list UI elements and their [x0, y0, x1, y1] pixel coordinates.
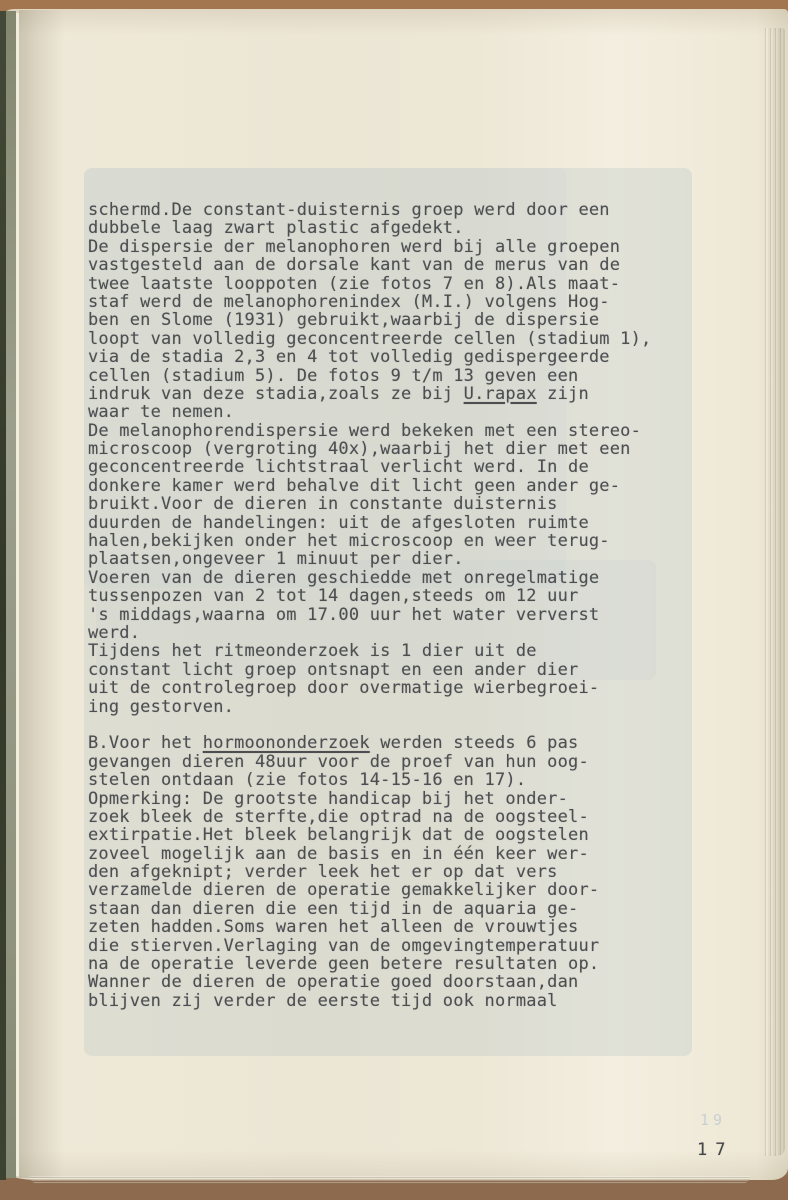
text-line: geconcentreerde lichtstraal verlicht wer… [88, 458, 674, 476]
text-line: vastgesteld aan de dorsale kant van de m… [88, 256, 674, 274]
text-line: ben en Slome (1931) gebruikt,waarbij de … [88, 311, 674, 329]
text-line: uit de controlegroep door overmatige wie… [88, 679, 674, 697]
text-line: B.Voor het hormoononderzoek werden steed… [88, 734, 674, 752]
faint-stamp-number: 19 [700, 1111, 726, 1129]
text-line: twee laatste looppoten (zie fotos 7 en 8… [88, 275, 674, 293]
text-line: verzamelde dieren de operatie gemakkelij… [88, 881, 674, 899]
text-line: De dispersie der melanophoren werd bij a… [88, 238, 674, 256]
text-line: waar te nemen. [88, 403, 674, 421]
text-line: die stierven.Verlaging van de omgevingte… [88, 937, 674, 955]
text-line: den afgeknipt; verder leek het er op dat… [88, 863, 674, 881]
page-stack-edge-right [763, 28, 785, 1156]
text-line: Voeren van de dieren geschiedde met onre… [88, 569, 674, 587]
text-line: staan dan dieren die een tijd in de aqua… [88, 900, 674, 918]
page-number: 17 [697, 1140, 733, 1160]
page-stack-edge-bottom [30, 1176, 750, 1184]
text-line: tussenpozen van 2 tot 14 dagen,steeds om… [88, 587, 674, 605]
text-line: plaatsen,ongeveer 1 minuut per dier. [88, 550, 674, 568]
text-line: via de stadia 2,3 en 4 tot volledig gedi… [88, 348, 674, 366]
text-line: loopt van volledig geconcentreerde celle… [88, 330, 674, 348]
text-line: zoek bleek de sterfte,die optrad na de o… [88, 808, 674, 826]
text-line: zeten hadden.Soms waren het alleen de vr… [88, 918, 674, 936]
text-line: extirpatie.Het bleek belangrijk dat de o… [88, 826, 674, 844]
typed-text: schermd.De constant-duisternis groep wer… [88, 201, 674, 1010]
text-line: dubbele laag zwart plastic afgedekt. [88, 219, 674, 237]
text-line: cellen (stadium 5). De fotos 9 t/m 13 ge… [88, 367, 674, 385]
scanned-book-photo: { "page": { "page_number": "17", "faint_… [0, 0, 788, 1200]
text-line: werd. [88, 624, 674, 642]
spine-highlight-line [16, 13, 19, 1176]
text-line: De melanophorendispersie werd bekeken me… [88, 422, 674, 440]
text-line: stelen ontdaan (zie fotos 14-15-16 en 17… [88, 771, 674, 789]
text-line: ing gestorven. [88, 698, 674, 716]
text-line: schermd.De constant-duisternis groep wer… [88, 201, 674, 219]
text-line: gevangen dieren 48uur voor de proef van … [88, 753, 674, 771]
text-line: Tijdens het ritmeonderzoek is 1 dier uit… [88, 642, 674, 660]
book-spine-strip [6, 11, 16, 1178]
text-line: Wanner de dieren de operatie goed doorst… [88, 973, 674, 991]
text-line: bruikt.Voor de dieren in constante duist… [88, 495, 674, 513]
text-line: microscoop (vergroting 40x),waarbij het … [88, 440, 674, 458]
text-line: zoveel mogelijk aan de basis en in één k… [88, 845, 674, 863]
text-line: blijven zij verder de eerste tijd ook no… [88, 992, 674, 1010]
text-line: halen,bekijken onder het microscoop en w… [88, 532, 674, 550]
text-line: constant licht groep ontsnapt en een and… [88, 661, 674, 679]
text-line: duurden de handelingen: uit de afgeslote… [88, 514, 674, 532]
text-line: staf werd de melanophorenindex (M.I.) vo… [88, 293, 674, 311]
text-line: na de operatie leverde geen betere resul… [88, 955, 674, 973]
text-line: Opmerking: De grootste handicap bij het … [88, 790, 674, 808]
text-line: donkere kamer werd behalve dit licht gee… [88, 477, 674, 495]
text-line: 's middags,waarna om 17.00 uur het water… [88, 606, 674, 624]
text-line: indruk van deze stadia,zoals ze bij U.ra… [88, 385, 674, 403]
text-line [88, 716, 674, 734]
